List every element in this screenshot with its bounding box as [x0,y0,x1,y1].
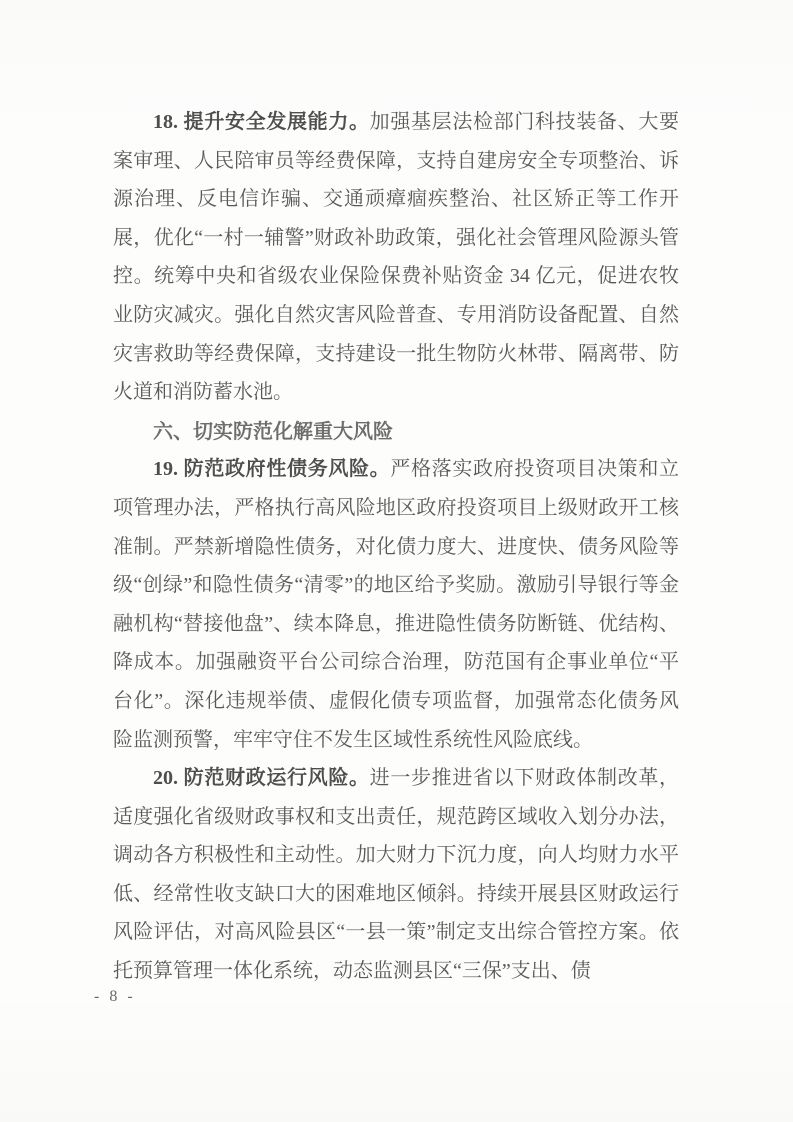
paragraph-20-lead: 20. 防范财政运行风险。 [153,767,370,789]
paragraph-19-lead: 19. 防范政府性债务风险。 [153,458,390,480]
paragraph-20: 20. 防范财政运行风险。进一步推进省以下财政体制改革，适度强化省级财政事权和支… [113,759,679,991]
document-page: 18. 提升安全发展能力。加强基层法检部门科技装备、大要案审理、人民陪审员等经费… [0,0,793,1122]
paragraph-18-text: 加强基层法检部门科技装备、大要案审理、人民陪审员等经费保障，支持自建房安全专项整… [113,111,679,403]
document-content: 18. 提升安全发展能力。加强基层法检部门科技装备、大要案审理、人民陪审员等经费… [113,103,679,991]
paragraph-18: 18. 提升安全发展能力。加强基层法检部门科技装备、大要案审理、人民陪审员等经费… [113,103,679,412]
paragraph-19-text: 严格落实政府投资项目决策和立项管理办法，严格执行高风险地区政府投资项目上级财政开… [113,458,679,750]
paragraph-18-lead: 18. 提升安全发展能力。 [153,111,370,133]
paragraph-20-text: 进一步推进省以下财政体制改革，适度强化省级财政事权和支出责任，规范跨区域收入划分… [113,767,679,982]
paragraph-19: 19. 防范政府性债务风险。严格落实政府投资项目决策和立项管理办法，严格执行高风… [113,450,679,759]
section-6-heading: 六、切实防范化解重大风险 [113,412,679,451]
page-number: - 8 - [94,986,136,1008]
